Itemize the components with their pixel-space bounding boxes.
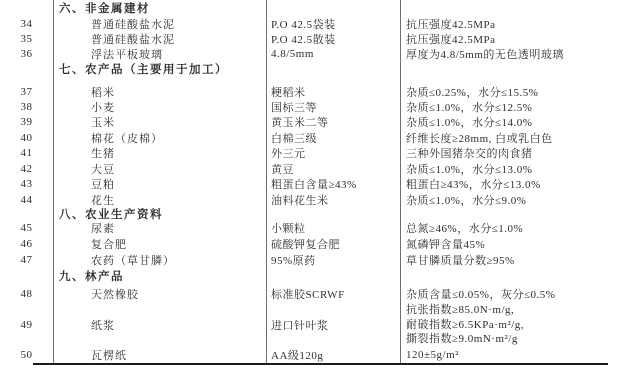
section-title: 八、农业生产资料 [53, 208, 266, 221]
requirement-line: 抗张指数≥85.0N·m/g, [406, 303, 514, 318]
row-number-cell: 38 [0, 99, 53, 115]
row-number-cell [0, 0, 53, 16]
requirement-cell: 总氮≥46%，水分≤1.0% [400, 221, 640, 237]
section-title: 六、非金属建材 [53, 0, 266, 16]
section-title: 七、农产品（主要用于加工） [53, 61, 266, 76]
item-name-cell: 普通硅酸盐水泥 [53, 31, 266, 46]
requirement-cell [400, 61, 640, 76]
item-name-cell: 棉花（皮棉） [53, 130, 266, 146]
spec-cell: 白棉三级 [266, 130, 400, 146]
requirement-cell: 抗压强度42.5MPa [400, 31, 640, 46]
section-row: 九、林产品 [0, 268, 640, 284]
table-row: 34普通硅酸盐水泥P.O 42.5袋装抗压强度42.5MPa [0, 16, 640, 31]
spec-cell: 小颗粒 [266, 221, 400, 237]
requirement-line: 耐破指数≥6.5KPa·m²/g, [406, 318, 524, 333]
row-number-cell: 47 [0, 252, 53, 268]
table-row: 46复合肥硫酸钾复合肥氮磷钾含量45% [0, 236, 640, 252]
spec-cell: 标准胶SCRWF [266, 284, 400, 303]
table-bottom-border [33, 363, 608, 365]
spec-cell [266, 268, 400, 284]
requirement-cell [400, 208, 640, 221]
item-name-cell: 农药（草甘膦） [53, 252, 266, 268]
table-row: 36浮法平板玻璃4.8/5mm厚度为4.8/5mm的无色透明玻璃 [0, 46, 640, 61]
section-row: 八、农业生产资料 [0, 208, 640, 221]
item-name-cell: 瓦楞纸 [53, 347, 266, 362]
row-number-cell: 36 [0, 46, 53, 61]
requirement-cell: 抗压强度42.5MPa [400, 16, 640, 31]
requirement-cell: 厚度为4.8/5mm的无色透明玻璃 [400, 46, 640, 61]
spec-cell [266, 208, 400, 221]
section-row: 六、非金属建材 [0, 0, 640, 16]
table-row: 39玉米黄玉米二等杂质≤1.0%，水分≤14.0% [0, 115, 640, 131]
row-number-cell: 44 [0, 192, 53, 208]
row-number-cell: 49 [0, 303, 53, 347]
requirement-cell: 氮磷钾含量45% [400, 236, 640, 252]
row-number-cell: 35 [0, 31, 53, 46]
table-row: 42大豆黄豆杂质≤1.0%，水分≤13.0% [0, 161, 640, 177]
row-number-cell: 39 [0, 115, 53, 131]
item-name-cell: 小麦 [53, 99, 266, 115]
spec-cell: 黄豆 [266, 161, 400, 177]
table-row: 48天然橡胶标准胶SCRWF杂质含量≤0.05%，灰分≤0.5% [0, 284, 640, 303]
spec-cell [266, 61, 400, 76]
requirement-cell [400, 268, 640, 284]
document-page: 六、非金属建材34普通硅酸盐水泥P.O 42.5袋装抗压强度42.5MPa35普… [0, 0, 640, 380]
table-row: 40棉花（皮棉）白棉三级纤维长度≥28mm, 白或乳白色 [0, 130, 640, 146]
requirement-cell: 杂质≤0.25%，水分≤15.5% [400, 84, 640, 99]
table-row: 50瓦楞纸AA级120g120±5g/m² [0, 347, 640, 362]
item-name-cell: 豆粕 [53, 177, 266, 193]
row-number-cell: 34 [0, 16, 53, 31]
spec-cell: 硫酸钾复合肥 [266, 236, 400, 252]
spec-cell: 油料花生米 [266, 192, 400, 208]
spec-cell: 95%原药 [266, 252, 400, 268]
item-name-cell: 普通硅酸盐水泥 [53, 16, 266, 31]
row-number-cell: 50 [0, 347, 53, 362]
item-name-cell: 稻米 [53, 84, 266, 99]
column-divider-1 [53, 0, 54, 363]
item-name-cell: 纸浆 [53, 303, 266, 347]
requirement-cell: 杂质含量≤0.05%，灰分≤0.5% [400, 284, 640, 303]
requirement-line: 撕裂指数≥9.0mN·m²/g [406, 332, 518, 347]
spec-cell: 国标三等 [266, 99, 400, 115]
table-row: 47农药（草甘膦）95%原药草甘膦质量分数≥95% [0, 252, 640, 268]
table-row: 41生猪外三元三种外国猪杂交的肉食猪 [0, 146, 640, 162]
requirement-cell: 杂质≤1.0%，水分≤13.0% [400, 161, 640, 177]
row-number-cell [0, 61, 53, 76]
item-name-cell: 玉米 [53, 115, 266, 131]
row-number-cell [0, 208, 53, 221]
item-name-cell: 尿素 [53, 221, 266, 237]
row-number-cell: 43 [0, 177, 53, 193]
requirement-cell: 三种外国猪杂交的肉食猪 [400, 146, 640, 162]
spec-cell: 粗蛋白含量≥43% [266, 177, 400, 193]
table-row: 38小麦国标三等杂质≤1.0%，水分≤12.5% [0, 99, 640, 115]
requirement-cell: 杂质≤1.0%，水分≤14.0% [400, 115, 640, 131]
spec-cell [266, 0, 400, 16]
item-name-cell: 浮法平板玻璃 [53, 46, 266, 61]
requirement-cell: 抗张指数≥85.0N·m/g,耐破指数≥6.5KPa·m²/g,撕裂指数≥9.0… [400, 303, 640, 347]
row-number-cell: 41 [0, 146, 53, 162]
row-number-cell: 37 [0, 84, 53, 99]
spec-cell: 黄玉米二等 [266, 115, 400, 131]
row-number-cell: 42 [0, 161, 53, 177]
item-name-cell: 生猪 [53, 146, 266, 162]
commodity-table: 六、非金属建材34普通硅酸盐水泥P.O 42.5袋装抗压强度42.5MPa35普… [0, 0, 640, 362]
section-title: 九、林产品 [53, 268, 266, 284]
row-number-cell: 48 [0, 284, 53, 303]
requirement-cell: 纤维长度≥28mm, 白或乳白色 [400, 130, 640, 146]
table-row: 43豆粕粗蛋白含量≥43%粗蛋白≥43%，水分≤13.0% [0, 177, 640, 193]
spec-cell: 粳稻米 [266, 84, 400, 99]
spec-cell: 4.8/5mm [266, 46, 400, 61]
table-row: 45尿素小颗粒总氮≥46%，水分≤1.0% [0, 221, 640, 237]
row-number-cell [0, 268, 53, 284]
spec-cell: 进口针叶浆 [266, 303, 400, 347]
requirement-cell [400, 0, 640, 16]
table-row: 35普通硅酸盐水泥P.O 42.5散装抗压强度42.5MPa [0, 31, 640, 46]
row-number-cell: 45 [0, 221, 53, 237]
table-row: 37稻米粳稻米杂质≤0.25%，水分≤15.5% [0, 84, 640, 99]
item-name-cell: 复合肥 [53, 236, 266, 252]
item-name-cell: 天然橡胶 [53, 284, 266, 303]
row-number-cell: 46 [0, 236, 53, 252]
table-row: 49纸浆进口针叶浆抗张指数≥85.0N·m/g,耐破指数≥6.5KPa·m²/g… [0, 303, 640, 347]
requirement-cell: 杂质≤1.0%，水分≤9.0% [400, 192, 640, 208]
item-name-cell: 大豆 [53, 161, 266, 177]
requirement-cell: 草甘膦质量分数≥95% [400, 252, 640, 268]
column-divider-3 [400, 0, 401, 363]
spec-cell: P.O 42.5袋装 [266, 16, 400, 31]
spec-cell: P.O 42.5散装 [266, 31, 400, 46]
requirement-cell: 120±5g/m² [400, 347, 640, 362]
requirement-cell: 杂质≤1.0%，水分≤12.5% [400, 99, 640, 115]
spec-cell: 外三元 [266, 146, 400, 162]
row-number-cell: 40 [0, 130, 53, 146]
spec-cell: AA级120g [266, 347, 400, 362]
requirement-cell: 粗蛋白≥43%，水分≤13.0% [400, 177, 640, 193]
section-row: 七、农产品（主要用于加工） [0, 61, 640, 76]
column-divider-2 [266, 0, 267, 363]
